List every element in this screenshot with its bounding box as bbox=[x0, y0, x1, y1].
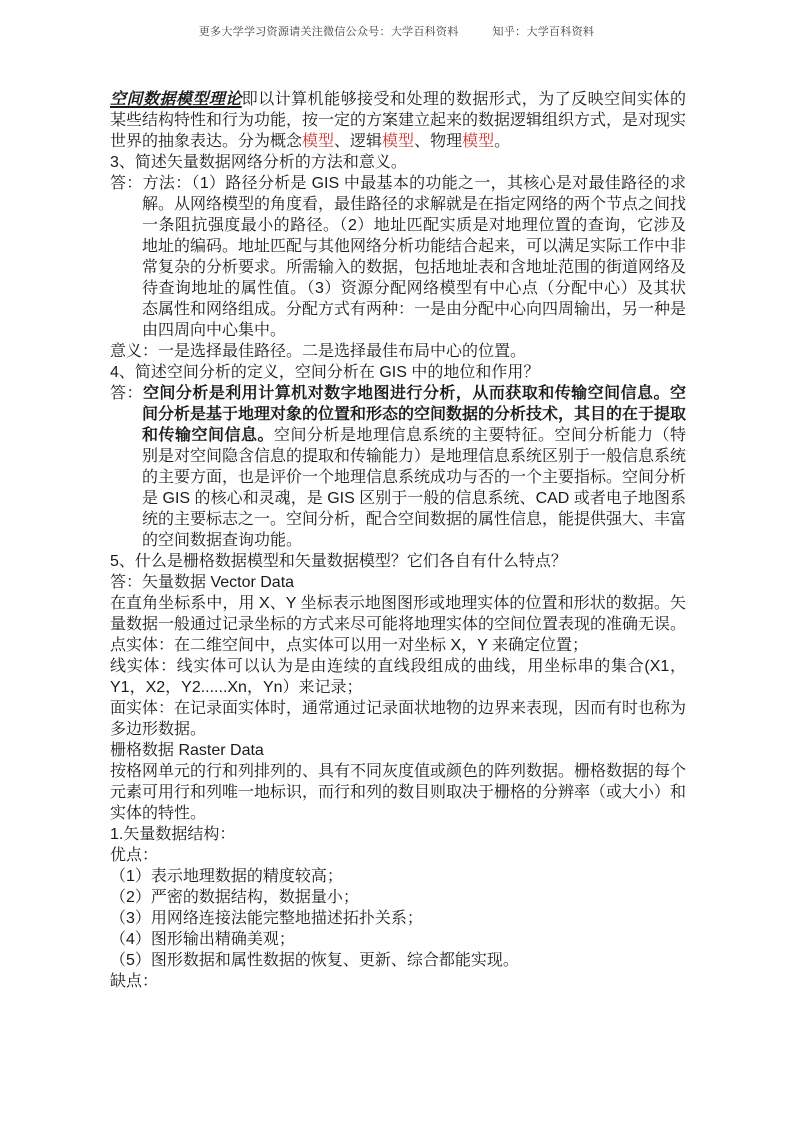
text-segment: 模型 bbox=[302, 133, 334, 150]
document-page: 更多大学学习资源请关注微信公众号：大学百科资料 知乎：大学百科资料 空间数据模型… bbox=[0, 0, 793, 1122]
block-body-11: 面实体：在记录面实体时，通常通过记录面状地物的边界来表现，因而有时也称为多边形数… bbox=[110, 698, 686, 740]
block-question-6: 5、什么是栅格数据模型和矢量数据模型？它们各自有什么特点？ bbox=[110, 551, 686, 572]
text-segment: 点实体：在二维空间中，点实体可以用一对坐标 X，Y 来确定位置； bbox=[110, 637, 588, 654]
text-segment: 模型 bbox=[462, 133, 494, 150]
block-body-8: 在直角坐标系中，用 X、Y 坐标表示地图图形或地理实体的位置和形状的数据。矢量数… bbox=[110, 593, 686, 635]
doc-heading-text: 空间数据模型理论 bbox=[110, 91, 242, 108]
block-answer-5: 答：空间分析是利用计算机对数字地图进行分析，从而获取和传输空间信息。空间分析是基… bbox=[110, 383, 686, 551]
text-segment: 在直角坐标系中，用 X、Y 坐标表示地图图形或地理实体的位置和形状的数据。矢量数… bbox=[110, 595, 686, 633]
text-segment: 意义：一是选择最佳路径。二是选择最佳布局中心的位置。 bbox=[110, 343, 526, 360]
text-segment: 5、什么是栅格数据模型和矢量数据模型？它们各自有什么特点？ bbox=[110, 553, 567, 570]
text-segment: 空间分析是地理信息系统的主要特征。空间分析能力（特别是对空间隐含信息的提取和传输… bbox=[142, 427, 686, 549]
block-body-18: （3）用网络连接法能完整地描述拓扑关系； bbox=[110, 908, 686, 929]
block-answer-2: 答：方法：（1）路径分析是 GIS 中最基本的功能之一，其核心是对最佳路径的求解… bbox=[110, 173, 686, 341]
block-body-19: （4）图形输出精确美观； bbox=[110, 929, 686, 950]
text-segment: 按格网单元的行和列排列的、具有不同灰度值或颜色的阵列数据。栅格数据的每个元素可用… bbox=[110, 763, 686, 822]
text-segment: 优点： bbox=[110, 847, 158, 864]
document-content: 空间数据模型理论即以计算机能够接受和处理的数据形式，为了反映空间实体的某些结构特… bbox=[110, 89, 686, 992]
text-segment: 模型 bbox=[382, 133, 414, 150]
block-body-20: （5）图形数据和属性数据的恢复、更新、综合都能实现。 bbox=[110, 950, 686, 971]
block-question-4: 4、简述空间分析的定义，空间分析在 GIS 中的地位和作用？ bbox=[110, 362, 686, 383]
text-segment: 、逻辑 bbox=[334, 133, 382, 150]
page-header-note: 更多大学学习资源请关注微信公众号：大学百科资料 知乎：大学百科资料 bbox=[0, 23, 793, 39]
text-segment: 答：方法：（1）路径分析是 GIS 中最基本的功能之一，其核心是对最佳路径的求解… bbox=[110, 175, 686, 339]
text-segment: 缺点： bbox=[110, 973, 158, 990]
block-body-3: 意义：一是选择最佳路径。二是选择最佳布局中心的位置。 bbox=[110, 341, 686, 362]
text-segment: （2）严密的数据结构，数据量小； bbox=[110, 889, 359, 906]
text-segment: （5）图形数据和属性数据的恢复、更新、综合都能实现。 bbox=[110, 952, 519, 969]
text-segment: 答：矢量数据 Vector Data bbox=[110, 574, 294, 591]
block-body-sp-12: 栅格数据 Raster Data bbox=[110, 740, 686, 761]
block-body-16: （1）表示地理数据的精度较高； bbox=[110, 866, 686, 887]
text-segment: 4、简述空间分析的定义，空间分析在 GIS 中的地位和作用？ bbox=[110, 364, 539, 381]
text-segment: 3、简述矢量数据网络分析的方法和意义。 bbox=[110, 154, 407, 171]
text-segment: 。 bbox=[494, 133, 510, 150]
text-segment: 面实体：在记录面实体时，通常通过记录面状地物的边界来表现，因而有时也称为多边形数… bbox=[110, 700, 686, 738]
block-body-10: 线实体：线实体可以认为是由连续的直线段组成的曲线，用坐标串的集合(X1，Y1，X… bbox=[110, 656, 686, 698]
text-segment: （1）表示地理数据的精度较高； bbox=[110, 868, 343, 885]
block-intro-0: 空间数据模型理论即以计算机能够接受和处理的数据形式，为了反映空间实体的某些结构特… bbox=[110, 89, 686, 152]
text-segment: 答： bbox=[110, 385, 143, 402]
block-body-9: 点实体：在二维空间中，点实体可以用一对坐标 X，Y 来确定位置； bbox=[110, 635, 686, 656]
text-segment: 、物理 bbox=[414, 133, 462, 150]
block-body-13: 按格网单元的行和列排列的、具有不同灰度值或颜色的阵列数据。栅格数据的每个元素可用… bbox=[110, 761, 686, 824]
block-body-15: 优点： bbox=[110, 845, 686, 866]
text-segment: 线实体：线实体可以认为是由连续的直线段组成的曲线，用坐标串的集合(X1，Y1，X… bbox=[110, 658, 686, 696]
block-body-17: （2）严密的数据结构，数据量小； bbox=[110, 887, 686, 908]
block-answer-7: 答：矢量数据 Vector Data bbox=[110, 572, 686, 593]
block-body-sp-14: 1.矢量数据结构： bbox=[110, 824, 686, 845]
text-segment: （3）用网络连接法能完整地描述拓扑关系； bbox=[110, 910, 423, 927]
text-segment: 1.矢量数据结构： bbox=[110, 826, 235, 843]
block-question-1: 3、简述矢量数据网络分析的方法和意义。 bbox=[110, 152, 686, 173]
text-segment: （4）图形输出精确美观； bbox=[110, 931, 295, 948]
text-segment: 栅格数据 Raster Data bbox=[110, 742, 264, 759]
block-body-21: 缺点： bbox=[110, 971, 686, 992]
